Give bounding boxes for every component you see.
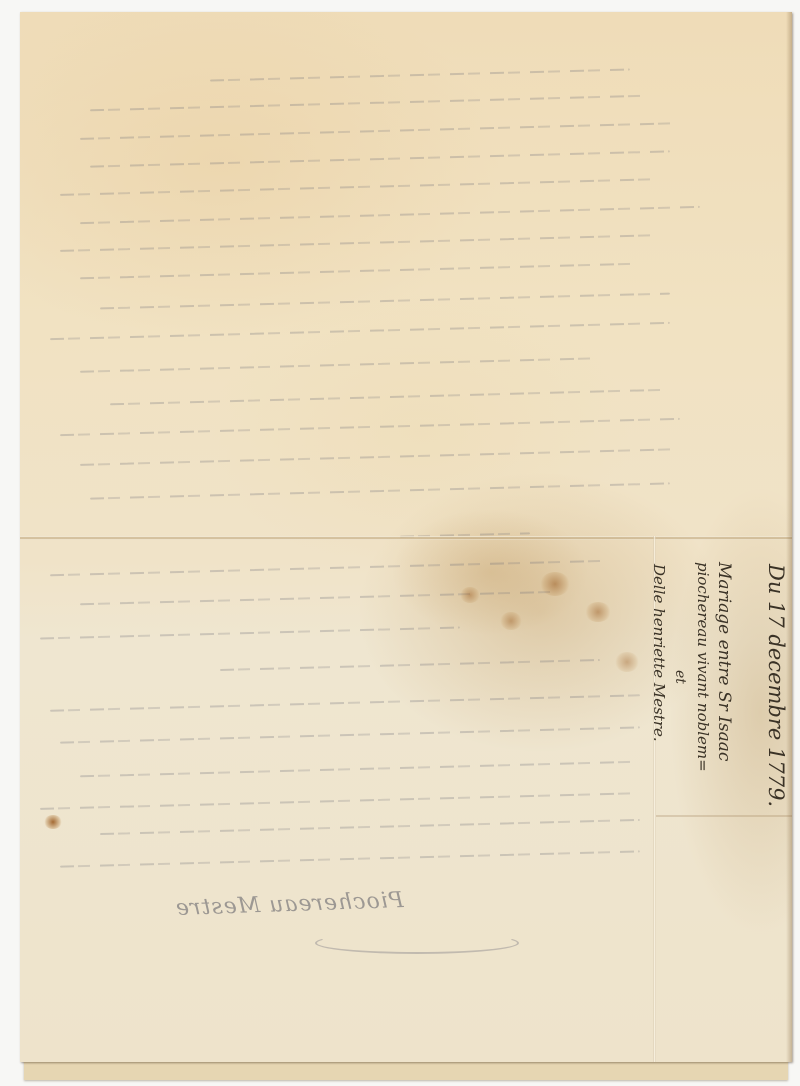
manuscript-page: Piochereau Mestre Du 17 decembre 1779. M… bbox=[20, 12, 792, 1062]
endorsement-line-3: et bbox=[672, 670, 688, 684]
horizontal-fold bbox=[20, 536, 792, 540]
endorsement-line-1: Mariage entre Sr Isaac bbox=[714, 562, 734, 761]
endorsement-line-4: Delle henriette Mestre. bbox=[650, 564, 668, 742]
foxing-stain bbox=[500, 612, 522, 630]
endorsement-date: Du 17 decembre 1779. bbox=[764, 564, 788, 807]
bleed-through-signature: Piochereau Mestre bbox=[175, 888, 404, 921]
endorsement-line-2: piochereau vivant noblem= bbox=[694, 562, 712, 772]
foxing-stain bbox=[460, 587, 480, 603]
ink-stain bbox=[44, 815, 62, 829]
foxing-stain bbox=[585, 602, 611, 622]
foxing-stain bbox=[540, 572, 570, 596]
signature-flourish bbox=[315, 932, 519, 954]
foxing-stain bbox=[615, 652, 639, 672]
docket-endorsement: Du 17 decembre 1779. Mariage entre Sr Is… bbox=[638, 560, 792, 820]
